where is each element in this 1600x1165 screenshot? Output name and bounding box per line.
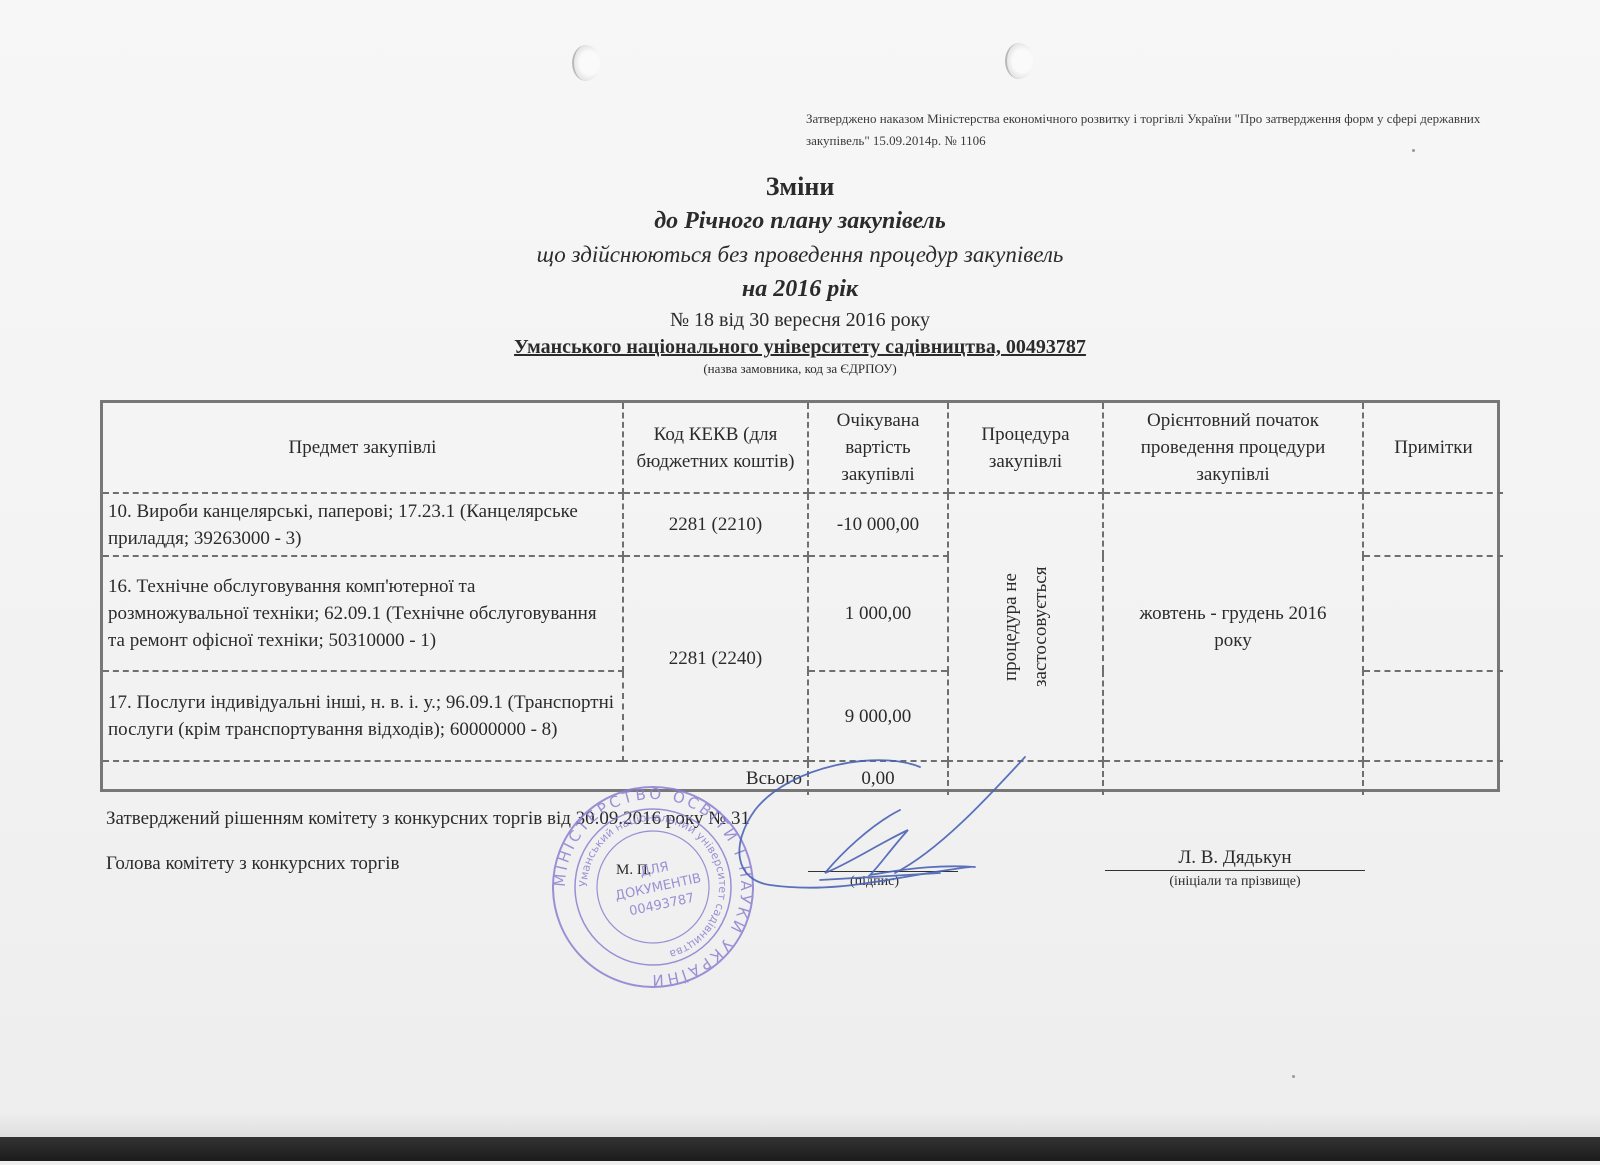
signature-caption: (підпис) (850, 874, 899, 890)
doc-subtitle-2: що здійснюються без проведення процедур … (400, 238, 1200, 272)
customer-name: Уманського національного університету са… (400, 334, 1200, 360)
title-block: Зміни до Річного плану закупівель що зді… (400, 170, 1200, 378)
speck (1292, 1075, 1295, 1078)
approval-statement: Затверджений рішенням комітету з конкурс… (106, 808, 750, 830)
cell-notes (1363, 556, 1503, 671)
header-subject: Предмет закупівлі (103, 403, 623, 493)
cell-notes (1363, 671, 1503, 761)
cell-cost: 9 000,00 (808, 671, 948, 761)
svg-text:Уманський національний універс: Уманський національний університет садів… (577, 811, 729, 961)
cell-kekv: 2281 (2210) (623, 493, 808, 556)
seal-place-label: М. П. (616, 862, 651, 879)
procurement-table: Предмет закупівлі Код КЕКВ (для бюджетни… (100, 400, 1500, 792)
total-empty (1363, 761, 1503, 795)
total-empty (948, 761, 1103, 795)
doc-number-date: № 18 від 30 вересня 2016 року (400, 306, 1200, 334)
total-empty (1103, 761, 1363, 795)
procedure-text: процедура не застосовується (996, 552, 1056, 702)
signer-caption: (ініціали та прізвище) (1105, 874, 1365, 890)
total-value: 0,00 (808, 761, 948, 795)
table-header-row: Предмет закупівлі Код КЕКВ (для бюджетни… (103, 403, 1503, 493)
doc-title: Зміни (400, 170, 1200, 204)
signature-line (808, 871, 958, 872)
header-procedure: Процедура закупівлі (948, 403, 1103, 493)
committee-head-label: Голова комітету з конкурсних торгів (106, 853, 399, 875)
header-kekv: Код КЕКВ (для бюджетних коштів) (623, 403, 808, 493)
doc-subtitle: до Річного плану закупівель (400, 204, 1200, 238)
signer-name: Л. В. Дядькун (1105, 847, 1365, 869)
cell-kekv: 2281 (2240) (623, 556, 808, 761)
cell-procedure: процедура не застосовується (948, 493, 1103, 761)
scanned-page: Затверджено наказом Міністерства економі… (0, 0, 1600, 1165)
cell-cost: -10 000,00 (808, 493, 948, 556)
scan-shadow (0, 1112, 1600, 1137)
cell-subject: 10. Вироби канцелярські, паперові; 17.23… (103, 493, 623, 556)
signer-name-line (1105, 870, 1365, 871)
table-total-row: Всього 0,00 (103, 761, 1503, 795)
cell-subject: 17. Послуги індивідуальні інші, н. в. і.… (103, 671, 623, 761)
header-notes: Примітки (1363, 403, 1503, 493)
svg-text:00493787: 00493787 (628, 891, 696, 919)
cell-subject: 16. Технічне обслуговування комп'ютерної… (103, 556, 623, 671)
customer-caption: (назва замовника, код за ЄДРПОУ) (400, 360, 1200, 378)
cell-notes (1363, 493, 1503, 556)
cell-cost: 1 000,00 (808, 556, 948, 671)
header-start: Орієнтовний початок проведення процедури… (1103, 403, 1363, 493)
table-row: 10. Вироби канцелярські, паперові; 17.23… (103, 493, 1503, 556)
cell-start: жовтень - грудень 2016 року (1103, 493, 1363, 761)
approval-note: Затверджено наказом Міністерства економі… (806, 108, 1496, 152)
punch-hole-right-icon (1005, 43, 1033, 79)
doc-year: на 2016 рік (400, 272, 1200, 306)
punch-hole-left-icon (572, 45, 600, 81)
scanner-edge (0, 1137, 1600, 1161)
total-label: Всього (103, 761, 808, 795)
header-cost: Очікувана вартість закупівлі (808, 403, 948, 493)
